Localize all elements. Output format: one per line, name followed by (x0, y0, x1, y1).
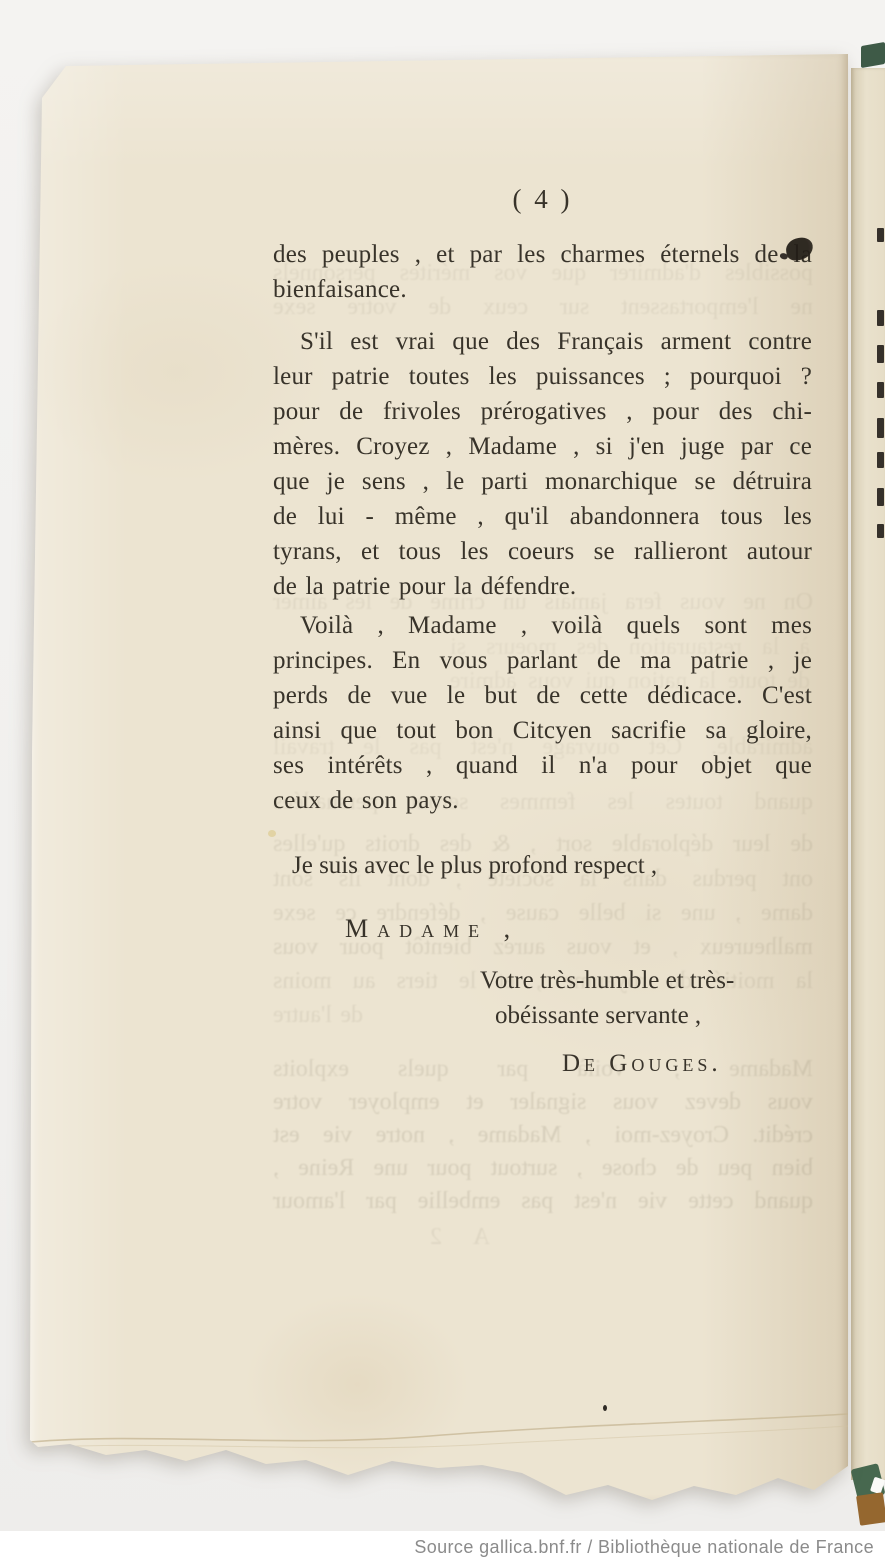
paragraph: Voilà , Madame , voilà quels sont mespri… (273, 608, 812, 818)
bleedthrough-line: vous devez vous signaler et employer vot… (273, 1085, 813, 1119)
facing-page-text-fragment (877, 382, 884, 398)
bleedthrough-line: A 2 (430, 1220, 490, 1254)
facing-page-edge (851, 68, 885, 1480)
facing-page-text-fragment (877, 228, 884, 242)
bleedthrough-line: crédit. Croyez-moi , Madame , notre vie … (273, 1118, 813, 1152)
text-line: ainsi que tout bon Citcyen sacrifie sa g… (273, 713, 812, 748)
text-line: pour de frivoles prérogatives , pour des… (273, 394, 812, 429)
text-line: que je sens , le parti monarchique se dé… (273, 464, 812, 499)
text-line: perds de vue le but de cette dédicace. C… (273, 678, 812, 713)
page-sheet: possibles d'admirer que vos mérites pers… (30, 54, 848, 1500)
text-line: de la patrie pour la défendre. (273, 569, 812, 604)
bleedthrough-line: bien peu de chose , surtout pour une Rei… (273, 1151, 813, 1185)
text-line: de lui - même , qu'il abandonnera tous l… (273, 499, 812, 534)
facing-page-text-fragment (877, 310, 884, 326)
gallica-source-text: Source gallica.bnf.fr / Bibliothèque nat… (414, 1537, 874, 1557)
closing-valediction-line2: obéissante servante , (495, 998, 812, 1033)
text-line: leur patrie toutes les puissances ; pour… (273, 359, 812, 394)
text-line: mères. Croyez , Madame , si j'en juge pa… (273, 429, 812, 464)
closing-salutation: Madame , (345, 911, 812, 946)
paragraph: S'il est vrai que des Français arment co… (273, 324, 812, 604)
printed-text: ( 4 ) des peuples , et par les charmes é… (273, 182, 812, 1081)
binding-green-top (861, 42, 885, 68)
facing-page-text-fragment (877, 524, 884, 538)
author-signature: De Gouges. (562, 1046, 812, 1081)
facing-page-text-fragment (877, 418, 884, 438)
facing-page-text-fragment (877, 452, 884, 468)
paragraphs: des peuples , et par les charmes éternel… (273, 237, 812, 818)
facing-page-text-fragment (877, 345, 884, 363)
paragraph: des peuples , et par les charmes éternel… (273, 237, 812, 307)
paper-speck (603, 1405, 607, 1411)
page-sheet-wrap: possibles d'admirer que vos mérites pers… (30, 54, 848, 1500)
closing-respect-line: Je suis avec le plus profond respect , (273, 848, 812, 883)
text-line: ses intérêts , quand il n'a pour objet q… (273, 748, 812, 783)
text-line: tyrans, et tous les coeurs se rallieront… (273, 534, 812, 569)
gallica-source-bar: Source gallica.bnf.fr / Bibliothèque nat… (0, 1531, 885, 1566)
facing-page-text-fragment (877, 488, 884, 506)
text-line: S'il est vrai que des Français arment co… (273, 324, 812, 359)
text-line: ceux de son pays. (273, 783, 812, 818)
scan-viewport: possibles d'admirer que vos mérites pers… (0, 0, 885, 1566)
text-line: bienfaisance. (273, 272, 812, 307)
text-line: des peuples , et par les charmes éternel… (273, 237, 812, 272)
text-line: Voilà , Madame , voilà quels sont mes (273, 608, 812, 643)
closing-valediction-line1: Votre très-humble et très- (480, 963, 812, 998)
binding-brown-chip (856, 1492, 885, 1525)
text-line: principes. En vous parlant de ma patrie … (273, 643, 812, 678)
bleedthrough-line: quand cette vie n'est pas embellie par l… (273, 1184, 813, 1218)
page-number: ( 4 ) (273, 182, 812, 217)
